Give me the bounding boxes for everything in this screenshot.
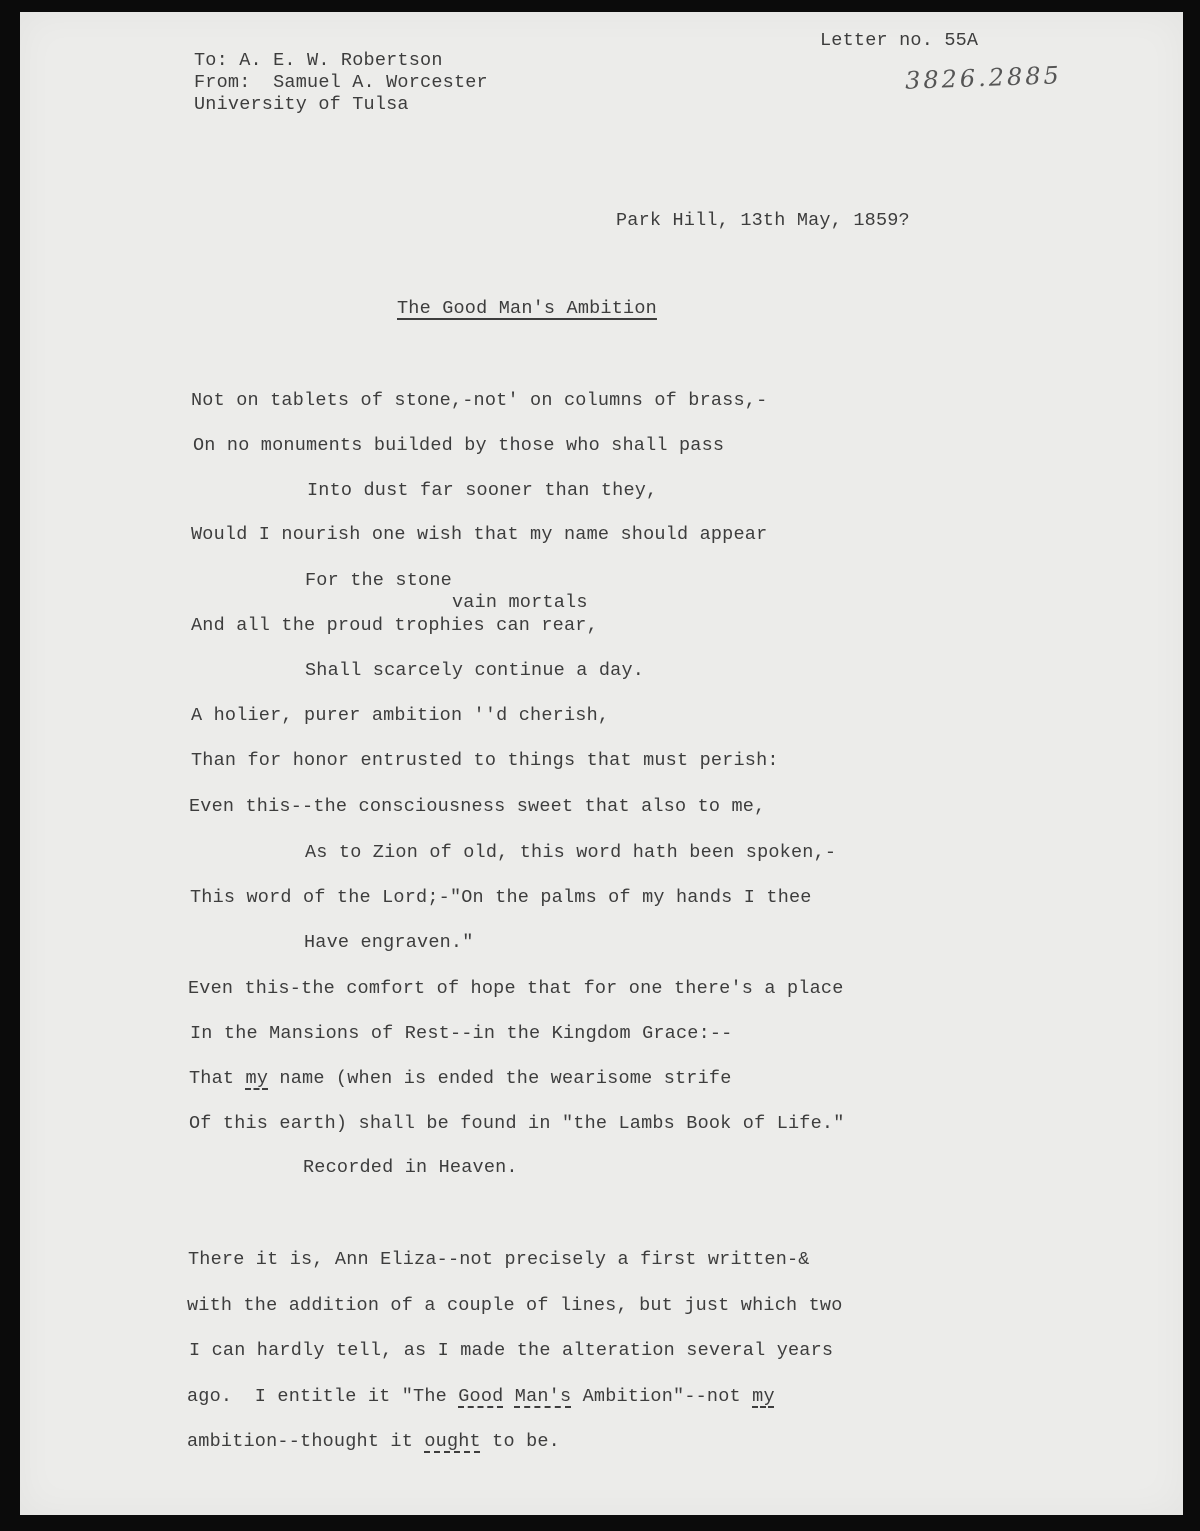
poem-line: Of this earth) shall be found in "the La… [189,1113,845,1135]
poem-line: Have engraven." [304,932,474,954]
poem-line: In the Mansions of Rest--in the Kingdom … [190,1023,733,1045]
address-block: To: A. E. W. Robertson From: Samuel A. W… [194,50,488,116]
poem-line: Not on tablets of stone,-not' on columns… [191,390,767,412]
poem-line: Even this--the consciousness sweet that … [189,796,765,818]
sender-line: From: Samuel A. Worcester [194,72,488,94]
text-segment: ambition--thought it [187,1431,424,1452]
text-segment: ago. I entitle it "The [187,1386,458,1407]
text-segment: Ambition"--not [571,1386,752,1407]
underlined-word: my [752,1386,775,1407]
poem-line: Into dust far sooner than they, [307,480,657,502]
poem-line: A holier, purer ambition ''d cherish, [191,705,609,727]
underlined-word: Man's [515,1386,572,1407]
poem-line: That my name (when is ended the wearisom… [189,1068,732,1090]
closing-line: ago. I entitle it "The Good Man's Ambiti… [187,1386,775,1408]
underlined-word: my [246,1068,269,1089]
text-segment [503,1386,514,1407]
poem-line: For the stone [305,570,452,592]
text-segment: That [189,1068,246,1089]
institution-line: University of Tulsa [194,94,488,116]
closing-line: ambition--thought it ought to be. [187,1431,560,1453]
closing-line: There it is, Ann Eliza--not precisely a … [188,1249,810,1271]
poem-line: This word of the Lord;-"On the palms of … [190,887,812,909]
closing-line: I can hardly tell, as I made the alterat… [189,1340,833,1362]
underlined-word: Good [458,1386,503,1407]
poem-line: Recorded in Heaven. [303,1157,518,1179]
poem-line: And all the proud trophies can rear, [191,615,598,637]
underlined-word: ought [424,1431,481,1452]
text-segment: to be. [481,1431,560,1452]
poem-line: As to Zion of old, this word hath been s… [305,842,836,864]
closing-line: with the addition of a couple of lines, … [187,1295,843,1317]
poem-line: Shall scarcely continue a day. [305,660,644,682]
poem-line: On no monuments builded by those who sha… [193,435,724,457]
poem-line: Would I nourish one wish that my name sh… [191,524,767,546]
poem-line: Than for honor entrusted to things that … [191,750,779,772]
recipient-line: To: A. E. W. Robertson [194,50,488,72]
text-segment: name (when is ended the wearisome strife [268,1068,731,1089]
interlinear-insertion: vain mortals [452,592,588,614]
letter-number: Letter no. 55A [820,30,978,52]
dateline: Park Hill, 13th May, 1859? [616,210,910,232]
poem-line: Even this-the comfort of hope that for o… [188,978,844,1000]
handwritten-catalog-number: 3826.2885 [905,61,1063,94]
poem-title: The Good Man's Ambition [397,298,657,320]
